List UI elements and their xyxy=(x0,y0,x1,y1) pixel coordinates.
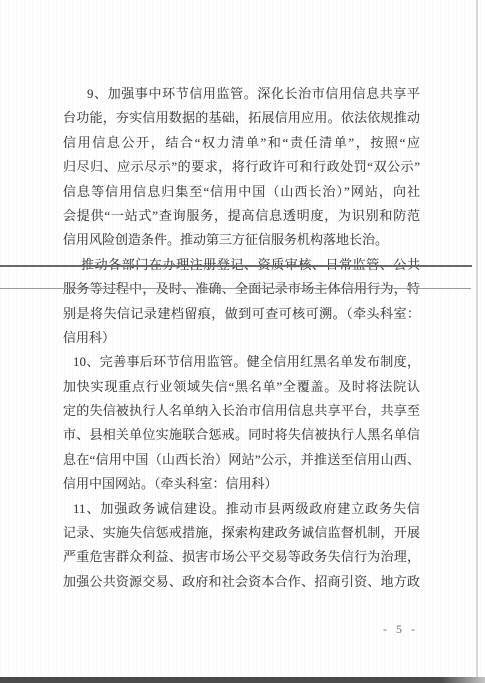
page-number: - 5 - xyxy=(383,622,418,637)
text-line: 息在“信用中国（山西长治）网站”公示，并推送至信用山西、 xyxy=(63,448,420,472)
text-line: 市、县相关单位实施联合惩戒。同时将失信被执行人黑名单信 xyxy=(63,423,420,447)
text-line: 10、完善事后环节信用监管。健全信用红黑名单发布制度， xyxy=(63,350,420,374)
text-line: 严重危害群众利益、损害市场公平交易等政务失信行为治理， xyxy=(63,545,420,569)
text-line: 信用中国网站。（牵头科室：信用科） xyxy=(63,472,420,496)
text-line: 别是将失信记录建档留痕，做到可查可核可溯。（牵头科室： xyxy=(63,302,420,326)
document-text-block: 9、加强事中环节信用监管。深化长治市信用信息共享平台功能，夯实信用数据的基础，拓… xyxy=(63,82,420,594)
text-line: 定的失信被执行人名单纳入长治市信用信息共享平台，共享至 xyxy=(63,399,420,423)
text-line: 归尽归、应示尽示”的要求，将行政许可和行政处罚“双公示” xyxy=(63,155,420,179)
text-line: 信用风险创造条件。推动第三方征信服务机构落地长治。 xyxy=(63,228,420,252)
text-line: 会提供“一站式”查询服务，提高信息透明度，为识别和防范 xyxy=(63,204,420,228)
scan-bottom-strip xyxy=(0,677,485,683)
text-line: 信息等信用信息归集至“信用中国（山西长治）”网站，向社 xyxy=(63,180,420,204)
text-line: 加强公共资源交易、政府和社会资本合作、招商引资、地方政 xyxy=(63,570,420,594)
scan-right-edge-line xyxy=(476,0,478,683)
text-line: 台功能，夯实信用数据的基础，拓展信用应用。依法依规推动 xyxy=(63,106,420,130)
text-line: 信用信息公开，结合“权力清单”和“责任清单”，按照“应 xyxy=(63,131,420,155)
text-line: 信用科） xyxy=(63,326,420,350)
text-line: 9、加强事中环节信用监管。深化长治市信用信息共享平 xyxy=(63,82,420,106)
text-line: 记录、实施失信惩戒措施，探索构建政务诚信监督机制，开展 xyxy=(63,521,420,545)
text-line: 推动各部门在办理注册登记、资质审核、日常监管、公共 xyxy=(63,253,420,277)
text-line: 服务等过程中，及时、准确、全面记录市场主体信用行为，特 xyxy=(63,277,420,301)
text-line: 11、加强政务诚信建设。推动市县两级政府建立政务失信 xyxy=(63,497,420,521)
scanned-document-page: 9、加强事中环节信用监管。深化长治市信用信息共享平台功能，夯实信用数据的基础，拓… xyxy=(0,0,485,683)
text-line: 加快实现重点行业领域失信“黑名单”全覆盖。及时将法院认 xyxy=(63,375,420,399)
